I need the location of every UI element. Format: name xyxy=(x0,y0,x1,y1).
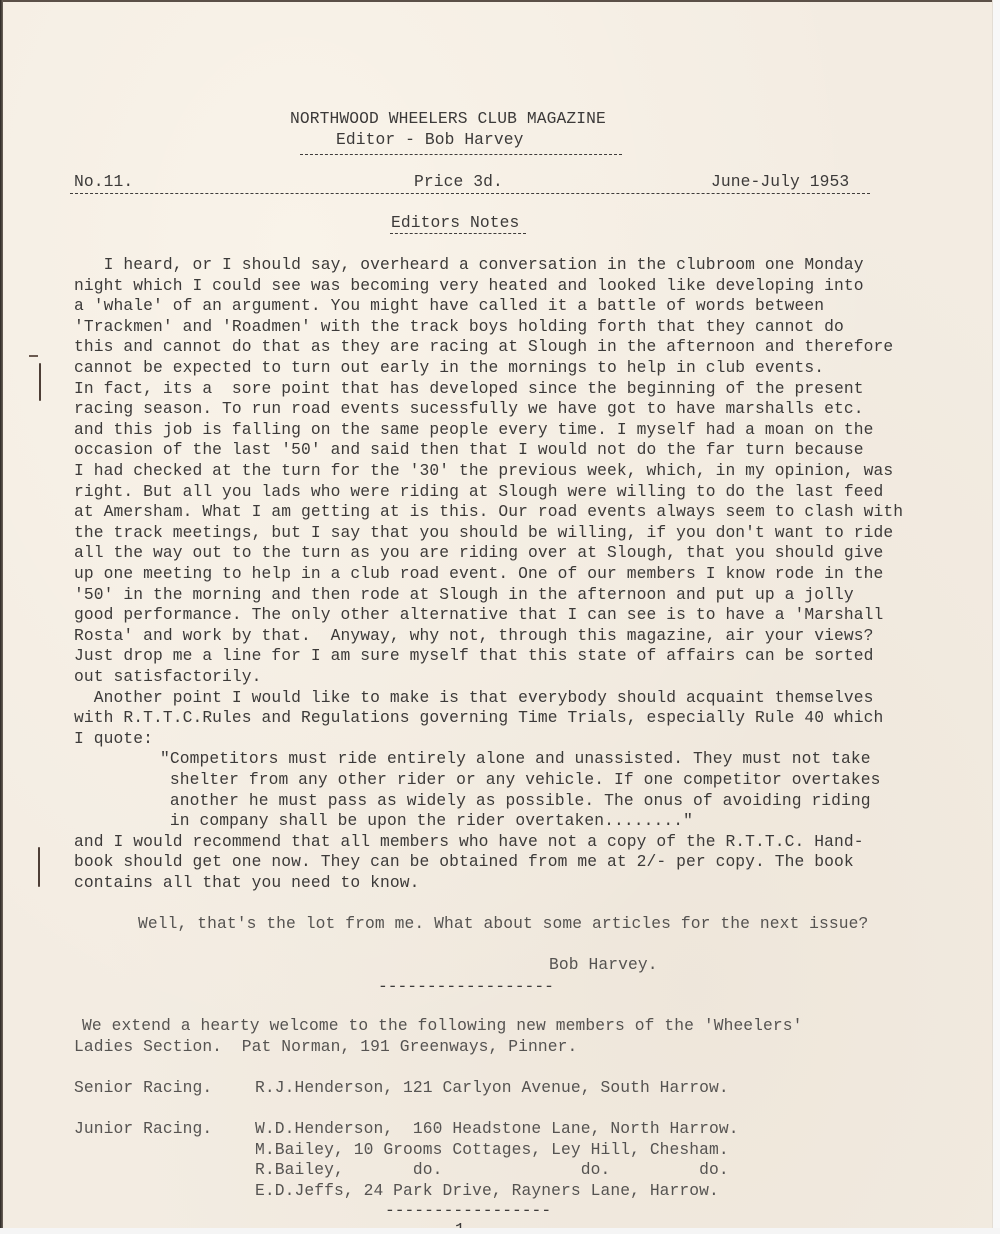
body-line: contains all that you need to know. xyxy=(74,873,419,894)
junior-racing-label: Junior Racing. xyxy=(74,1119,212,1140)
body-line: at Amersham. What I am getting at is thi… xyxy=(74,502,903,523)
body-line: all the way out to the turn as you are r… xyxy=(74,543,883,564)
quote-line: shelter from any other rider or any vehi… xyxy=(160,770,881,791)
body-line: I quote: xyxy=(74,729,153,750)
magazine-page: NORTHWOOD WHEELERS CLUB MAGAZINE Editor … xyxy=(0,0,992,1234)
body-line: Just drop me a line for I am sure myself… xyxy=(74,646,874,667)
body-line: a 'whale' of an argument. You might have… xyxy=(74,296,824,317)
page-left-edge xyxy=(0,0,3,1234)
senior-member: R.J.Henderson, 121 Carlyon Avenue, South… xyxy=(255,1078,729,1099)
body-line: this and cannot do that as they are raci… xyxy=(74,337,893,358)
body-line: In fact, its a sore point that has devel… xyxy=(74,379,864,400)
margin-line-mark xyxy=(39,363,41,401)
closing-line: Well, that's the lot from me. What about… xyxy=(138,914,868,935)
body-line: book should get one now. They can be obt… xyxy=(74,852,854,873)
intro-line: Ladies Section. Pat Norman, 191 Greenway… xyxy=(74,1037,577,1058)
body-line: the track meetings, but I say that you s… xyxy=(74,523,893,544)
margin-line-mark xyxy=(38,847,40,887)
body-line: cannot be expected to turn out early in … xyxy=(74,358,824,379)
body-line: 'Trackmen' and 'Roadmen' with the track … xyxy=(74,317,844,338)
body-line: and this job is falling on the same peop… xyxy=(74,420,874,441)
issue-line-underline xyxy=(70,193,870,194)
senior-racing-label: Senior Racing. xyxy=(74,1078,212,1099)
signature: Bob Harvey. xyxy=(549,955,658,976)
body-line: I had checked at the turn for the '30' t… xyxy=(74,461,893,482)
body-line: racing season. To run road events sucess… xyxy=(74,399,864,420)
quote-line: another he must pass as widely as possib… xyxy=(160,791,871,812)
quote-line: in company shall be upon the rider overt… xyxy=(160,811,693,832)
body-line: out satisfactorily. xyxy=(74,667,262,688)
separator: ----------------- xyxy=(385,1201,551,1222)
body-line: right. But all you lads who were riding … xyxy=(74,482,883,503)
intro-line: We extend a hearty welcome to the follow… xyxy=(82,1016,803,1037)
separator: ------------------ xyxy=(378,977,554,998)
body-line: and I would recommend that all members w… xyxy=(74,832,864,853)
body-line: Rosta' and work by that. Anyway, why not… xyxy=(74,626,874,647)
quote-line: "Competitors must ride entirely alone an… xyxy=(160,749,871,770)
junior-member: W.D.Henderson, 160 Headstone Lane, North… xyxy=(255,1119,739,1140)
body-line: Another point I would like to make is th… xyxy=(74,688,874,709)
body-line: good performance. The only other alterna… xyxy=(74,605,883,626)
junior-member: E.D.Jeffs, 24 Park Drive, Rayners Lane, … xyxy=(255,1181,719,1202)
editor-line: Editor - Bob Harvey xyxy=(336,130,524,151)
issue-number: No.11. xyxy=(74,172,133,193)
section-heading-underline xyxy=(390,233,526,234)
header-underline xyxy=(300,154,622,155)
junior-member: R.Bailey, do. do. do. xyxy=(255,1160,729,1181)
body-line: occasion of the last '50' and said then … xyxy=(74,440,864,461)
body-line: I heard, or I should say, overheard a co… xyxy=(74,255,864,276)
price: Price 3d. xyxy=(414,172,503,193)
body-line: '50' in the morning and then rode at Slo… xyxy=(74,585,854,606)
body-line: night which I could see was becoming ver… xyxy=(74,276,864,297)
junior-member: M.Bailey, 10 Grooms Cottages, Ley Hill, … xyxy=(255,1140,729,1161)
magazine-title: NORTHWOOD WHEELERS CLUB MAGAZINE xyxy=(290,109,606,130)
margin-tick-mark xyxy=(29,355,38,357)
section-heading-editors-notes: Editors Notes xyxy=(391,213,519,234)
page-bottom-edge xyxy=(0,1228,1000,1234)
body-line: up one meeting to help in a club road ev… xyxy=(74,564,883,585)
page-right-edge xyxy=(992,0,1000,1234)
issue-date: June-July 1953 xyxy=(711,172,849,193)
body-line: with R.T.T.C.Rules and Regulations gover… xyxy=(74,708,883,729)
